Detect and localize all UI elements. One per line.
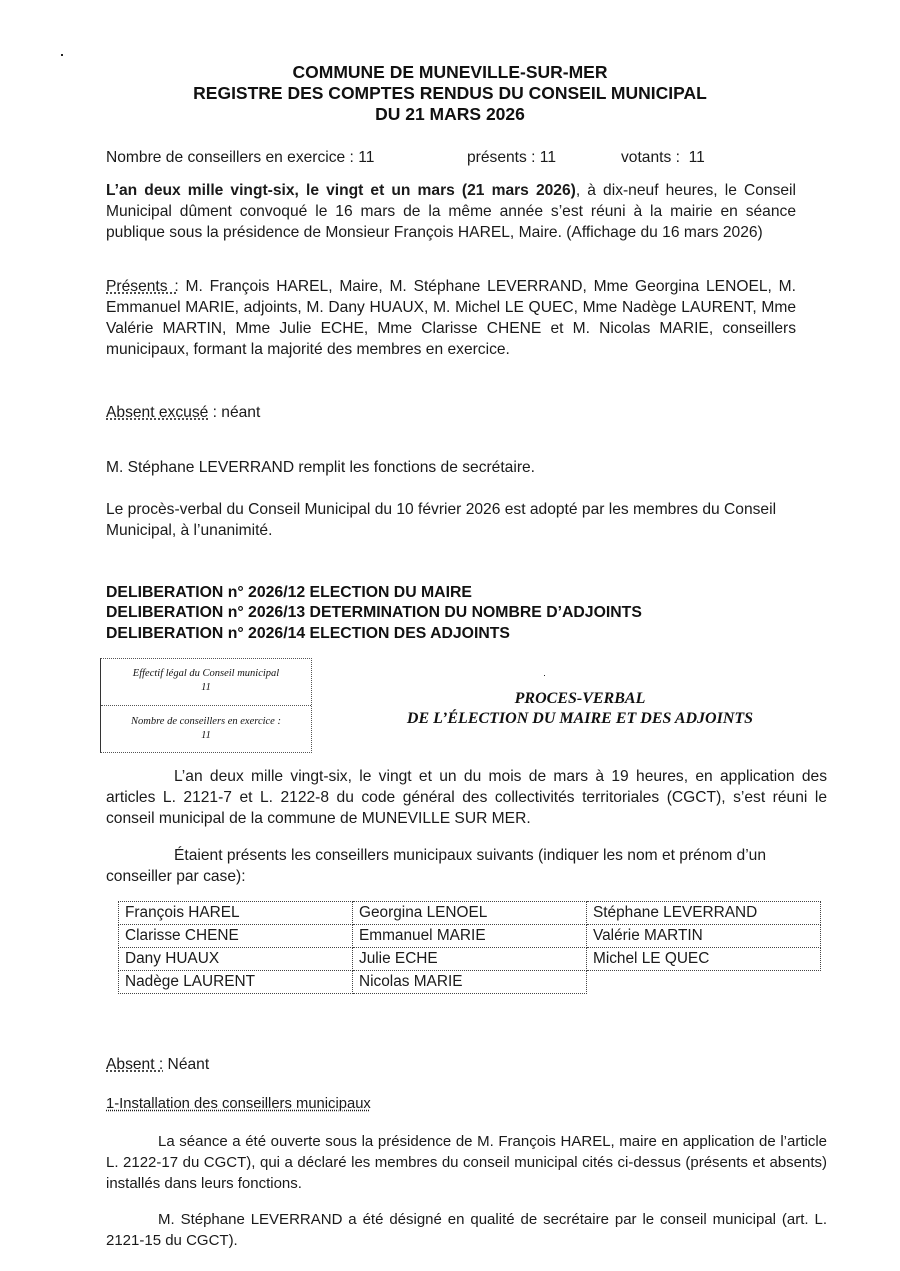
table-row: Nadège LAURENT Nicolas MARIE	[119, 971, 821, 994]
table-cell: Georgina LENOEL	[353, 902, 587, 925]
commune-title: COMMUNE DE MUNEVILLE-SUR-MER	[0, 62, 900, 83]
absent-excuse-line: Absent excusé : néant	[106, 402, 260, 423]
absent-label: Absent :	[106, 1056, 163, 1073]
effectif-legal-cell: Effectif légal du Conseil municipal 11	[101, 667, 311, 695]
table-cell: Emmanuel MARIE	[353, 925, 587, 948]
table-row: Clarisse CHENE Emmanuel MARIE Valérie MA…	[119, 925, 821, 948]
effectif-exercice-label: Nombre de conseillers en exercice :	[101, 715, 311, 729]
deliberation-12: DELIBERATION n° 2026/12 ELECTION DU MAIR…	[106, 583, 472, 604]
table-cell: Dany HUAUX	[119, 948, 353, 971]
secretaire-line: M. Stéphane LEVERRAND remplit les foncti…	[106, 457, 535, 478]
effectif-box-divider	[101, 705, 311, 706]
section1-paragraph2: M. Stéphane LEVERRAND a été désigné en q…	[106, 1209, 827, 1251]
absent-excuse-label: Absent excusé	[106, 404, 208, 421]
session-date-title: DU 21 MARS 2026	[0, 104, 900, 125]
section1-p1-text: La séance a été ouverte sous la présiden…	[106, 1133, 827, 1192]
absent-excuse-text: : néant	[208, 404, 260, 421]
table-cell: Michel LE QUEC	[587, 948, 821, 971]
count-presents: présents : 11	[467, 147, 556, 168]
register-title: REGISTRE DES COMPTES RENDUS DU CONSEIL M…	[0, 83, 900, 104]
section1-p2-text: M. Stéphane LEVERRAND a été désigné en q…	[106, 1211, 827, 1249]
intro-date-bold: L’an deux mille vingt-six, le vingt et u…	[106, 182, 576, 199]
absent-line: Absent : Néant	[106, 1054, 209, 1075]
table-row: Dany HUAUX Julie ECHE Michel LE QUEC	[119, 948, 821, 971]
presents-label: Présents :	[106, 278, 179, 295]
presents-text: M. François HAREL, Maire, M. Stéphane LE…	[106, 278, 796, 358]
pv-adoption-paragraph: Le procès-verbal du Conseil Municipal du…	[106, 499, 801, 541]
effectif-exercice-cell: Nombre de conseillers en exercice : 11	[101, 715, 311, 743]
pv-intro-text: L’an deux mille vingt-six, le vingt et u…	[106, 768, 827, 827]
pv-title-line2: DE L’ÉLECTION DU MAIRE ET DES ADJOINTS	[360, 709, 800, 729]
pv-title-line1: PROCES-VERBAL	[360, 689, 800, 709]
effectif-legal-label: Effectif légal du Conseil municipal	[101, 667, 311, 681]
pv-intro-paragraph: L’an deux mille vingt-six, le vingt et u…	[106, 766, 827, 829]
absent-text: Néant	[163, 1056, 209, 1073]
deliberation-14: DELIBERATION n° 2026/14 ELECTION DES ADJ…	[106, 624, 510, 645]
table-cell: Valérie MARTIN	[587, 925, 821, 948]
table-cell: Julie ECHE	[353, 948, 587, 971]
table-cell: François HAREL	[119, 902, 353, 925]
intro-paragraph: L’an deux mille vingt-six, le vingt et u…	[106, 180, 796, 243]
effectif-legal-value: 11	[101, 681, 311, 695]
scan-speck	[61, 54, 63, 56]
table-cell: Nicolas MARIE	[353, 971, 587, 994]
section1-paragraph1: La séance a été ouverte sous la présiden…	[106, 1131, 827, 1194]
effectif-box: Effectif légal du Conseil municipal 11 N…	[100, 658, 312, 753]
scan-speck-2	[544, 675, 545, 676]
deliberation-13: DELIBERATION n° 2026/13 DETERMINATION DU…	[106, 603, 642, 624]
table-cell: Nadège LAURENT	[119, 971, 353, 994]
table-cell: Clarisse CHENE	[119, 925, 353, 948]
table-row: François HAREL Georgina LENOEL Stéphane …	[119, 902, 821, 925]
count-votants: votants : 11	[621, 147, 705, 168]
effectif-exercice-value: 11	[101, 729, 311, 743]
presents-paragraph: Présents : M. François HAREL, Maire, M. …	[106, 276, 796, 360]
table-cell-empty	[587, 971, 821, 994]
count-en-exercice: Nombre de conseillers en exercice : 11	[106, 147, 374, 168]
table-cell: Stéphane LEVERRAND	[587, 902, 821, 925]
etaient-presents-text: Étaient présents les conseillers municip…	[106, 847, 766, 885]
councillors-table: François HAREL Georgina LENOEL Stéphane …	[118, 901, 821, 994]
etaient-presents-paragraph: Étaient présents les conseillers municip…	[106, 845, 827, 887]
section1-title: 1-Installation des conseillers municipau…	[106, 1094, 371, 1115]
